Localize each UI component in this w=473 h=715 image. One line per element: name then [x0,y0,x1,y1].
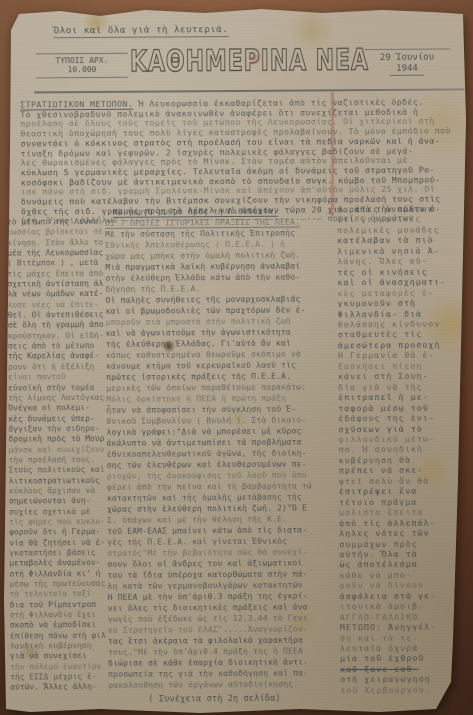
text-line: τὶς μάχες ἔπειτα ἀπὸ [7,269,107,280]
column-left: τὸ μέτωπο τῆς Λευκορωσσίας βρίσκεται σὲκ… [7,217,110,693]
text-line: φτεῖ πολὺ ἂν θὰ [339,475,465,486]
text-line: τὴν προέλασή τους. [9,455,109,466]
text-line: λυσε νέες νὰ ἐπιτε- [8,300,108,311]
text-line: αὐτῶν. Ἄλλες ἀλλη- [10,682,110,693]
text-line: ( Βιτέμπσκ ) , μετὰ [7,258,107,269]
text-line: ροῦν νὰ δίνουν [340,580,466,591]
text-line: μέα τῆς Λευκορωσσίας [7,248,107,259]
text-line: τὸ μέτωπο τῆς Λευκο [7,217,107,228]
text-line: λη κατὰ τῶν γερμανοβουλγάρων κατακτητῶν [108,579,340,592]
text-line: δια τοῦ Ρίμπεντροπ [10,600,110,611]
text-line: μάνσκ καὶ συνεχίζουν [9,444,109,455]
text-line: τὶς φῆμες ποὺ κυκλο- [9,517,109,528]
text-line: λὰ νέων ὁμάδων κατέ- [8,289,108,300]
text-line: μποροῦν πιὰ μπροστὰ στὴν πολιτικὴ ζωὴ [106,315,338,328]
text-line: φοροῦν ὅτι ἡ Γερμα- [9,527,109,538]
text-line: δία γιὰ νὰ τῆς [338,381,464,392]
masthead-rule [34,88,464,93]
text-line: ἐδάφους της ἐνι- [338,412,464,423]
print-run-box: ΤΥΠΟΙΣ ΑΡΧ. 10.000 [36,53,128,79]
text-line: μάλιστα ἔπειτα [339,507,465,518]
middle-column-lines: Μὲ τὴν σύσταση τῆς Πολιτικῆς ἘπιτροπῆςἘθ… [105,227,340,691]
text-line: δρομικὴ πρὸς τὸ Μουρ [9,434,109,445]
left-column-lines: τὸ μέτωπο τῆς Λευκορωσσίας βρίσκεται σὲκ… [7,217,110,693]
text-line: στὴ Φιλλανδία ἔχει [10,610,110,621]
text-line: κὲς μεταφορὲς ἐ- [338,287,464,298]
text-line: κρούστηκαν. Οἱ εἰδή- [8,331,108,342]
text-line: σταθμευτὲς τὶς [338,329,464,340]
text-line: συχίες σχετικὰ μὲ [9,507,109,518]
text-line: εὐνοϊκὴ στὴν τομέα [8,382,108,393]
text-line: ρωσσίας βρίσκεται σὲ [7,227,107,238]
newspaper-title: ΚΑΘΗΜΕΡΙΝΑ ΝΕΑ [130,43,327,88]
western-front-heading-text: ΑΓΓΛΟ-ΓΑΛΛΙΚΟ [340,611,418,622]
text-line: Στοὺς πολιτικοὺς καὶ [9,465,109,476]
page-content: Ὅλοι καὶ ὅλα γιὰ τὴ λευτεριά. ΤΥΠΟΙΣ ΑΡΧ… [0,0,473,715]
text-line: τοῦ Χερβούργου. [340,684,466,695]
text-line: τῆς λίμνης Λαντόγκας [8,393,108,404]
issue-date-box: 29 Ἰουνίου 1944 [364,49,450,77]
text-line: κυβέρνηση θὰ [339,454,465,465]
text-line: σκοπὸ νὰ ἐμποδίσει [10,620,110,631]
text-line: στὴ Φιλλανδία κι' ἡ [9,569,109,580]
left-edge-tear [0,328,7,414]
text-line: εἶναι παντοῦ [8,372,108,383]
text-line: μεταβολὲς ἀναμένον- [9,558,109,569]
peea-heading-text: ΟΙ 7 ΠΡΩΤΕΣ ΙΣΤΟΡΙΚΕΣ ΠΡΑΞΕΙΣ ΤΗΣ ΠΕΕΑ. [105,218,300,228]
text-line: κύκλους ἄρχισαν νὰ [9,486,109,497]
right-column-lines-b: ΜΕΤΩΠΟ: Ἀνηγγέλ-θη καὶ τὰ τε-λευταῖα ὀχυ… [340,622,466,665]
text-line: στρατός"Μὲ τὴν βεβαιότητα πὼς θὰ συνεχί- [107,546,339,559]
text-line: συμμάχων πρὸς [339,538,465,549]
issue-date-day: 29 Ἰουνίου [364,53,450,64]
subheading-text: Μὲ γοργὸ ρυθμὸ πρὸς τὴ Λιθουανία. [113,207,278,217]
text-line: τους."Μὲ τὴν ὑπ'ἀριθ.4 πράξη της ἡ ΠΕΕΑ [108,645,340,658]
text-line: κατακτητῶν καὶ τῆς ὁμαλῆς μετάβασης τῆς [107,491,339,504]
text-line: τῆς Καρελίας ἀναφέ- [8,351,108,362]
slogan: Ὅλοι καὶ ὅλα γιὰ τὴ λευτεριά. [54,25,229,38]
text-line: γιὰ νὰ συνεχίσει [10,651,110,662]
text-line: πολεμικὲς μονάδες [337,224,463,235]
column-right: πορεῖες ὀνομάτωνὅτι γερμανικὲςπολεμικὲς … [337,203,466,695]
text-line: ρακολούθηση τῶν ὀργάνων αὐτοδιοίκησης. [108,678,340,691]
newspaper-page: Ὅλοι καὶ ὅλα γιὰ τὴ λευτεριά. ΤΥΠΟΙΣ ΑΡΧ… [0,0,473,715]
text-line: κὸ Στρατηγεῖο τοῦ ΕΛΑΣ".....Ἀναγνωρίζον- [108,623,340,636]
text-line: λάνης. Ὅλες αὐ- [337,256,463,267]
text-line: ἐθνικοαπελευθερωτικοῦ ἀγῶνα, τῆς διοίκη- [107,447,339,460]
text-line: κίνηση. Στὸν ἄλλο το [7,238,107,249]
column-middle: Μὲ γοργὸ ρυθμὸ πρὸς τὴ Λιθουανία. ΟΙ 7 Π… [105,205,340,705]
text-line: λανδικὴ κυβέρνηση [10,641,110,652]
text-line: σὲ ὅλη τὴ γραμμὴ ἀπο [8,320,108,331]
text-line: σχετικὴ ἀντίσταση ἀλ [7,279,107,290]
text-line: θεῖ. Οἱ ἀντεπιθέσεις [8,310,108,321]
text-line: κάνουμε κτῆμα τοῦ κερκυραϊκοῦ λαοῦ τὶς [106,359,338,372]
text-line: σημειώνονται ἀνη- [9,496,109,507]
text-line: δήγηση τῆς Π.Ε.Ε.Α. [105,282,337,295]
print-run-line2: 10.000 [36,65,128,75]
issue-date-year: 1944 [390,63,424,76]
lead-heading: ΣΤΡΑΤΙΩΤΙΚΟΝ ΜΕΤΩΠΟΝ. [20,99,133,110]
text-line: τὰ τελευταῖα ταξί- [10,589,110,600]
text-line: νία θὰ ζητήσει νὰ ἐ- [9,538,109,549]
text-line: χώρα μας μπῆκε στὴν ὁμαλὴ πολιτικὴ ζωή. [105,249,337,262]
text-line: τῆς ΕΣΣΔ μέχρις ἐ- [10,672,110,683]
text-line: μέσῳ τῆς πρωτεύουσας. [10,579,110,590]
text-line: Σ. ὑπάγων καὶ μὲ τὴν θέληση τῆς Κ.Ε. [107,513,339,526]
text-line: τὴν πόλεμο ἐναντίον [10,662,110,673]
right-column-lines-a: πορεῖες ὀνομάτωνὅτι γερμανικὲςπολεμικὲς … [337,203,466,612]
photo-of-newspaper: { "colors":{"background":"#7c4c32","pape… [0,0,473,715]
text-line: Ὀνέγκα οἱ πολεμι- [8,403,108,414]
text-line: σεις ἀπὸ τὸ μέτωπο [8,341,108,352]
right-column-lines-c: στὴ χειραγώγησητοῦ Χερβούργου. [340,674,466,696]
aged-paper-sheet: Ὅλοι καὶ ὅλα γιὰ τὴ λευτεριά. ΤΥΠΟΙΣ ΑΡΧ… [0,0,473,715]
text-line: λευταῖα ὀχυρὰ [340,642,466,653]
text-line: ρουν ὅτι ἡ ἐξέλιξη [8,362,108,373]
text-line: θνικοῦ Συμβουλίου ( Βουλή ). Στὰ δικαιο- [106,414,338,427]
text-line: γκαταστήσει βάσεις [9,548,109,559]
text-line: λιτικοστρατιωτικοὺς [9,475,109,486]
continuation-note: ( Συνέχεια στὴ 2η σελίδα) [108,692,340,705]
text-line: ἄγγιξαν τὴν σιδηρο- [8,424,108,435]
text-line: ἐπίθεση πάνω στὴ φιλ [10,631,110,642]
text-line: κὲς δυνάμεις ὑπερ- [8,413,108,424]
